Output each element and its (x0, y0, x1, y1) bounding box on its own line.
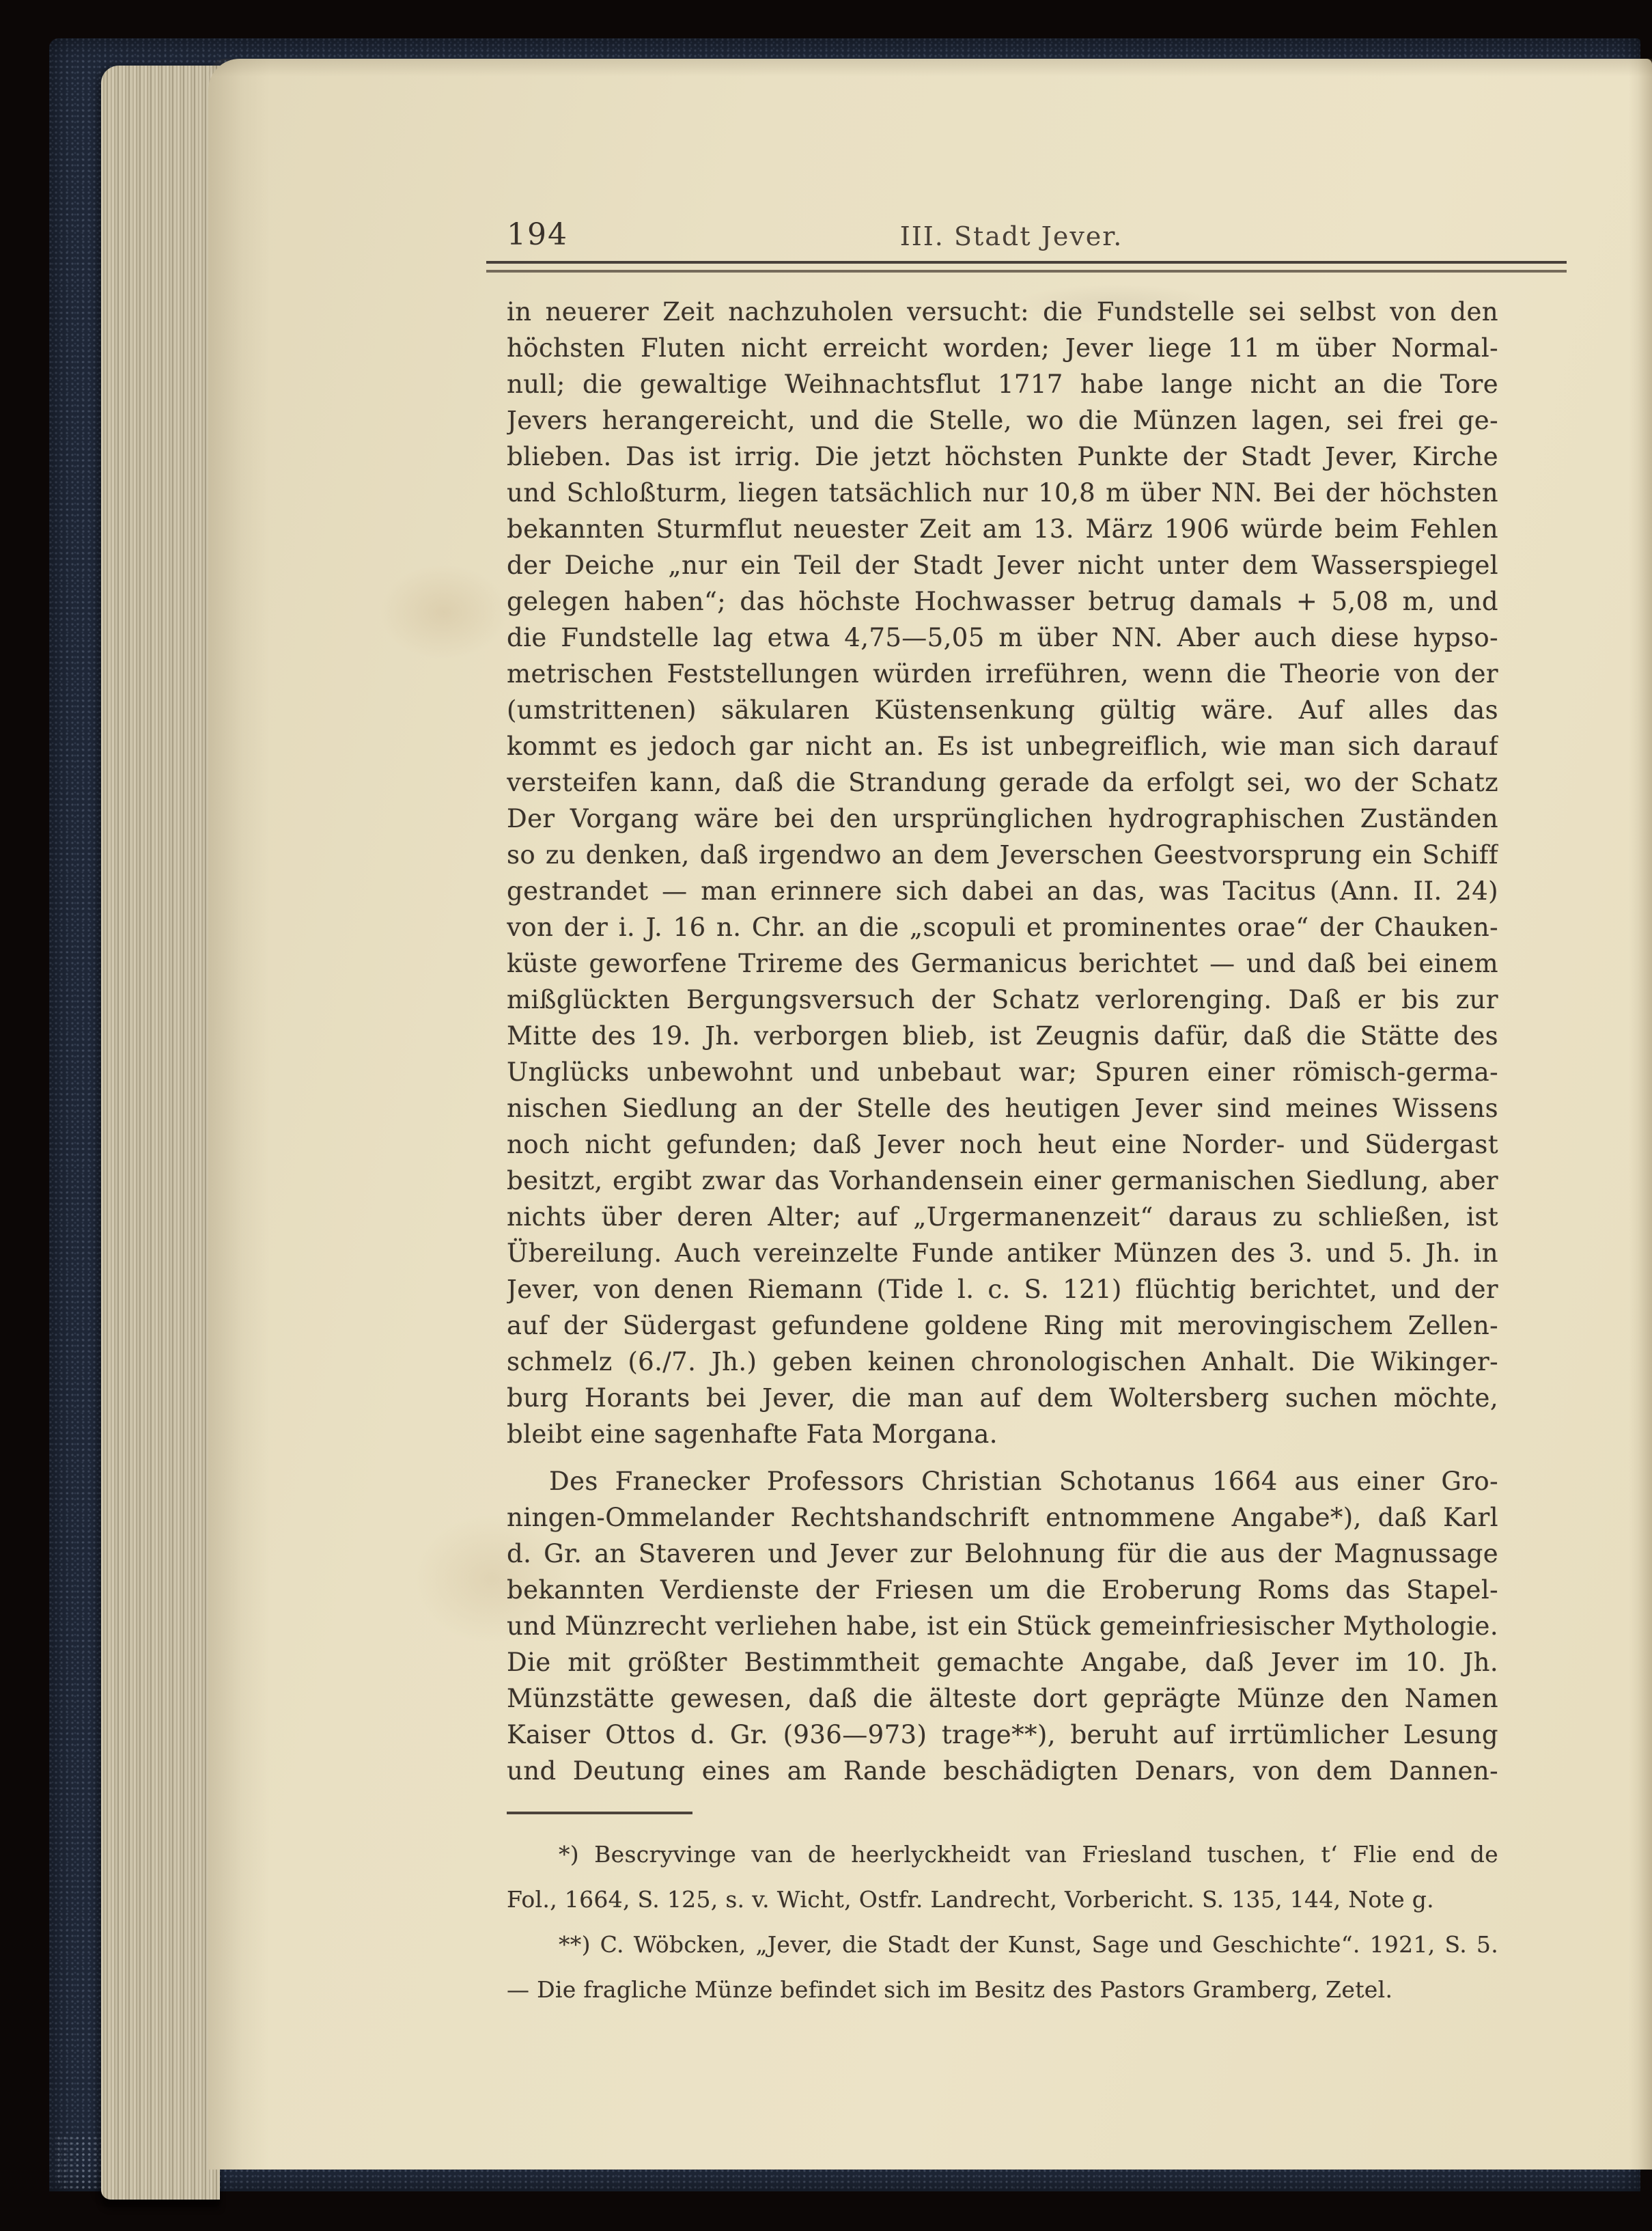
text-line: bekannten Sturmflut neuester Zeit am 13.… (507, 511, 1498, 547)
text-line: der Deiche „nur ein Teil der Stadt Jever… (507, 547, 1498, 583)
text-line: höchsten Fluten nicht erreicht worden; J… (507, 330, 1498, 366)
paper-stain (379, 564, 509, 660)
text-line: küste geworfene Trireme des Germanicus b… (507, 945, 1498, 982)
text-line: so zu denken, daß irgendwo an dem Jevers… (507, 837, 1498, 873)
running-title: III. Stadt Jever. (900, 221, 1123, 251)
text-line: noch nicht gefunden; daß Jever noch heut… (507, 1126, 1498, 1163)
text-line: Des Franecker Professors Christian Schot… (507, 1463, 1498, 1499)
text-line: bleibt eine sagenhafte Fata Morgana. (507, 1416, 1498, 1452)
text-line: Der Vorgang wäre bei den ursprünglichen … (507, 801, 1498, 837)
text-line: besitzt, ergibt zwar das Vorhandensein e… (507, 1163, 1498, 1199)
text-line: null; die gewaltige Weihnachtsflut 1717 … (507, 366, 1498, 402)
text-line: von der i. J. 16 n. Chr. an die „scopuli… (507, 909, 1498, 945)
text-line: auf der Südergast gefundene goldene Ring… (507, 1307, 1498, 1344)
footnote-line: Fol., 1664, S. 125, s. v. Wicht, Ostfr. … (507, 1877, 1498, 1922)
body-paragraph-2: Des Franecker Professors Christian Schot… (507, 1463, 1498, 1789)
page-stack-edge (101, 66, 220, 2200)
text-line: burg Horants bei Jever, die man auf dem … (507, 1380, 1498, 1416)
footnotes: *) Bescryvinge van de heerlyckheidt van … (507, 1832, 1498, 2012)
text-line: und Deutung eines am Rande beschädigten … (507, 1753, 1498, 1789)
text-line: und Münzrecht verliehen habe, ist ein St… (507, 1608, 1498, 1644)
text-line: versteifen kann, daß die Strandung gerad… (507, 764, 1498, 801)
text-line: und Schloßturm, liegen tatsächlich nur 1… (507, 475, 1498, 511)
text-line: in neuerer Zeit nachzuholen versucht: di… (507, 294, 1498, 330)
footnote-line: **) C. Wöbcken, „Jever, die Stadt der Ku… (507, 1922, 1498, 1967)
body-paragraph-1: in neuerer Zeit nachzuholen versucht: di… (507, 294, 1498, 1452)
page-gutter-shadow (208, 59, 270, 2170)
footnote-rule (507, 1812, 692, 1814)
header-rule (486, 261, 1567, 273)
text-line: gelegen haben“; das höchste Hochwasser b… (507, 583, 1498, 620)
text-line: Die mit größter Bestimmtheit gemachte An… (507, 1644, 1498, 1680)
text-line: Jevers herangereicht, und die Stelle, wo… (507, 402, 1498, 439)
text-line: d. Gr. an Staveren und Jever zur Belohnu… (507, 1536, 1498, 1572)
page-header: 194 III. Stadt Jever. (507, 216, 1498, 254)
text-line: gestrandet — man erinnere sich dabei an … (507, 873, 1498, 909)
footnote-line: — Die fragliche Münze befindet sich im B… (507, 1967, 1498, 2012)
page-top-shadow (208, 59, 1652, 77)
text-line: Unglücks unbewohnt und unbebaut war; Spu… (507, 1054, 1498, 1090)
text-line: nichts über deren Alter; auf „Urgermanen… (507, 1199, 1498, 1235)
text-line: ningen-Ommelander Rechtshandschrift entn… (507, 1499, 1498, 1536)
text-line: schmelz (6./7. Jh.) geben keinen chronol… (507, 1344, 1498, 1380)
page-right-edge (1629, 59, 1652, 2170)
text-line: Mitte des 19. Jh. verborgen blieb, ist Z… (507, 1018, 1498, 1054)
text-line: Übereilung. Auch vereinzelte Funde antik… (507, 1235, 1498, 1271)
text-line: metrischen Feststellungen würden irrefüh… (507, 656, 1498, 692)
text-line: Kaiser Ottos d. Gr. (936—973) trage**), … (507, 1717, 1498, 1753)
text-line: die Fundstelle lag etwa 4,75—5,05 m über… (507, 620, 1498, 656)
text-line: blieben. Das ist irrig. Die jetzt höchst… (507, 439, 1498, 475)
footnote-line: *) Bescryvinge van de heerlyckheidt van … (507, 1832, 1498, 1877)
text-line: Münzstätte gewesen, daß die älteste dort… (507, 1680, 1498, 1717)
text-line: mißglückten Bergungsversuch der Schatz v… (507, 982, 1498, 1018)
page-number: 194 (507, 217, 568, 252)
text-line: bekannten Verdienste der Friesen um die … (507, 1572, 1498, 1608)
text-line: Jever, von denen Riemann (Tide l. c. S. … (507, 1271, 1498, 1307)
text-line: nischen Siedlung an der Stelle des heuti… (507, 1090, 1498, 1126)
book-photo: 194 III. Stadt Jever. in neuerer Zeit na… (0, 0, 1652, 2231)
text-line: (umstrittenen) säkularen Küstensenkung g… (507, 692, 1498, 728)
text-line: kommt es jedoch gar nicht an. Es ist unb… (507, 728, 1498, 764)
